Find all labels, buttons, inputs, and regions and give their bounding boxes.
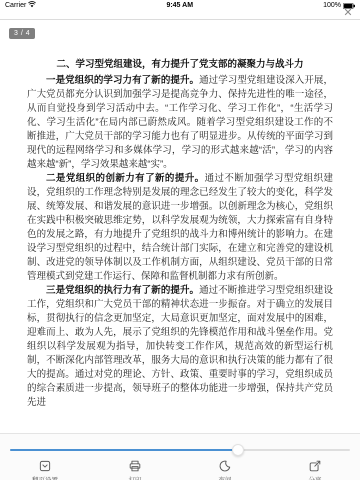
page-settings-label: 翻页设置 xyxy=(32,475,58,480)
paragraph: 一是党组织的学习力有了新的提升。通过学习型党组建设深入开展，广大党员都充分认识到… xyxy=(27,74,333,172)
paragraph: 二是党组织的创新力有了新的提升。通过不断加强学习型党组织建设，党组织的工作理念特… xyxy=(27,172,333,284)
slider-fill xyxy=(10,449,238,451)
paragraph-lead: 一是党组织的学习力有了新的提升。 xyxy=(46,75,199,86)
bottom-toolbar: 翻页设置 打印 夜间 xyxy=(0,433,360,480)
header: Carrier 9:45 AM 100% ✕ xyxy=(0,0,360,20)
page-settings-icon xyxy=(38,459,52,473)
paragraph-body: 通过不断加强学习型党组织建设，党组织的工作理念特别是发展的理念已经发生了较大的变… xyxy=(27,173,333,282)
print-button[interactable]: 打印 xyxy=(90,459,180,480)
paragraph-lead: 三是党组织的执行力有了新的提升。 xyxy=(46,285,199,296)
night-mode-button[interactable]: 夜间 xyxy=(180,459,270,480)
page-settings-button[interactable]: 翻页设置 xyxy=(0,459,90,480)
night-mode-label: 夜间 xyxy=(219,475,232,480)
share-icon xyxy=(308,459,322,473)
status-bar: Carrier 9:45 AM 100% xyxy=(0,0,360,11)
battery-percent-label: 100% xyxy=(323,2,341,9)
status-time: 9:45 AM xyxy=(166,2,193,9)
close-button[interactable]: ✕ xyxy=(342,7,354,19)
slider-thumb[interactable] xyxy=(232,444,244,456)
night-mode-icon xyxy=(218,459,232,473)
share-label: 分享 xyxy=(309,475,322,480)
paragraph-lead: 二是党组织的创新力有了新的提升。 xyxy=(46,173,205,184)
page-progress-slider[interactable] xyxy=(10,444,350,456)
page-number-badge: 3 / 4 xyxy=(9,28,35,39)
close-icon: ✕ xyxy=(343,7,352,19)
print-icon xyxy=(128,459,142,473)
document-page: 二、学习型党组建设，有力提升了党支部的凝聚力与战斗力 一是党组织的学习力有了新的… xyxy=(27,58,333,410)
document-title: 二、学习型党组建设，有力提升了党支部的凝聚力与战斗力 xyxy=(27,58,333,72)
paragraph-body: 通过学习型党组建设深入开展，广大党员都充分认识到加强学习是提高竞争力、保持先进性… xyxy=(27,75,333,170)
paragraph-body: 通过不断推进学习型党组织建设工作，党组织和广大党员干部的精神状态进一步振奋。对于… xyxy=(27,285,333,408)
wifi-icon xyxy=(28,1,36,10)
print-label: 打印 xyxy=(129,475,142,480)
carrier-label: Carrier xyxy=(5,2,26,9)
share-button[interactable]: 分享 xyxy=(270,459,360,480)
paragraph: 三是党组织的执行力有了新的提升。通过不断推进学习型党组织建设工作，党组织和广大党… xyxy=(27,284,333,410)
